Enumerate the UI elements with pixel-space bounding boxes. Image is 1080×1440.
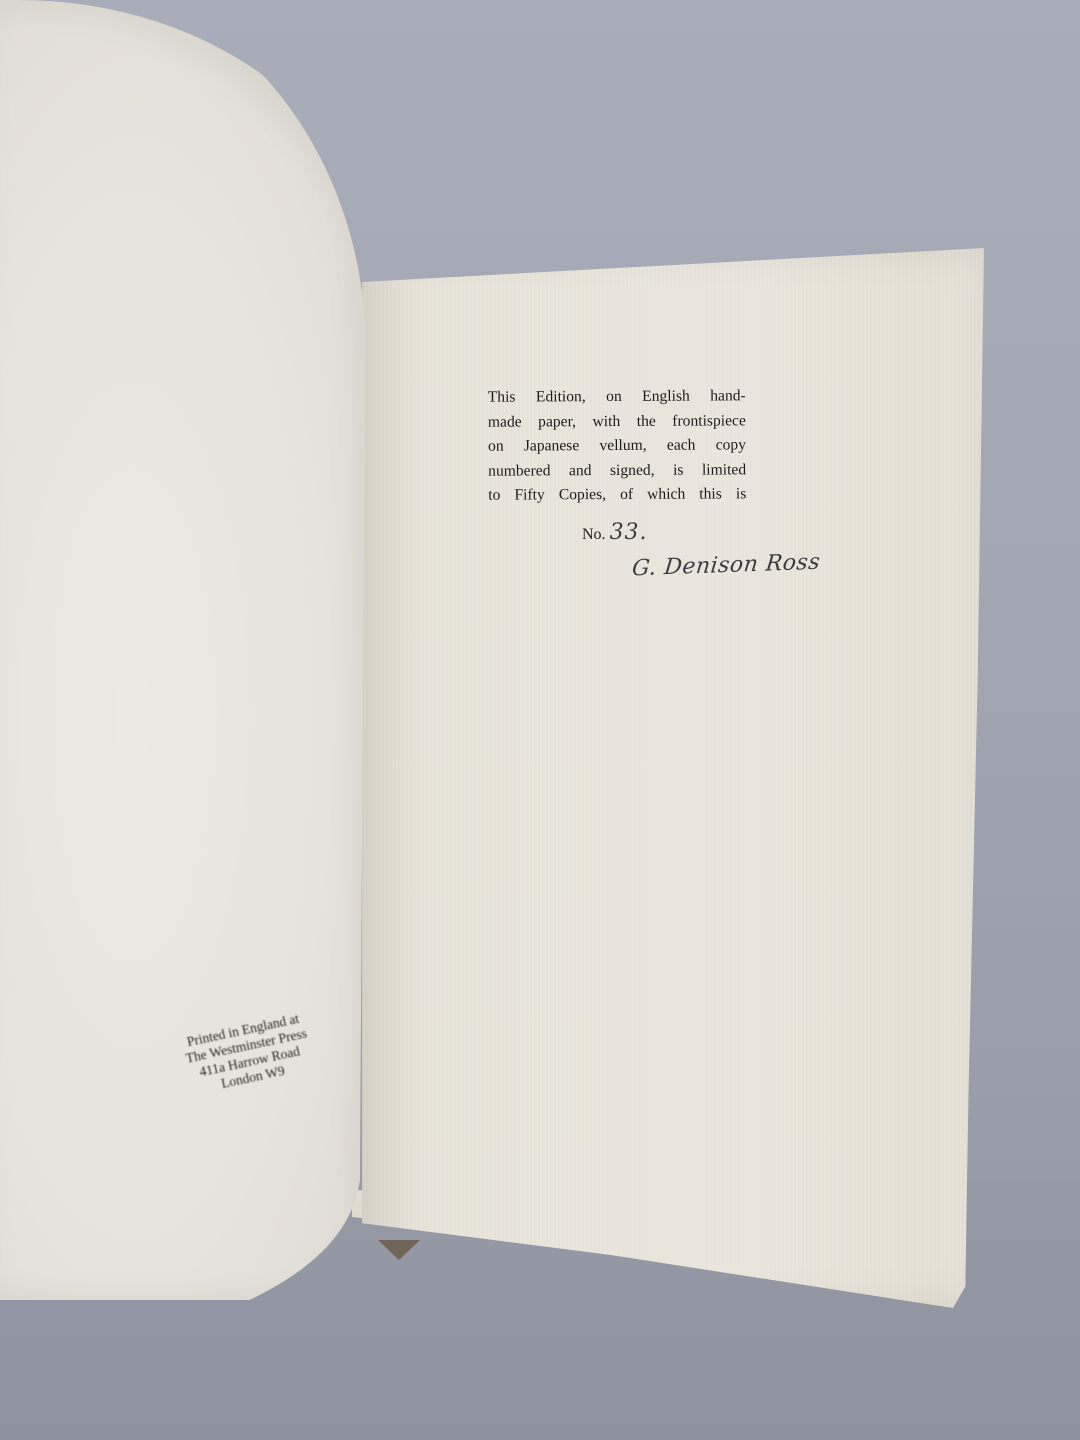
photo-scene: This Edition, on English hand- made pape… <box>0 0 1080 1440</box>
board-corner <box>378 1240 420 1260</box>
copy-number-value: 33. <box>610 520 648 545</box>
left-page <box>0 0 380 1300</box>
limitation-line: numbered and signed, is limited <box>488 458 746 484</box>
bleed-through-text <box>82 205 126 282</box>
limitation-line: on Japanese vellum, each copy <box>488 433 746 459</box>
copy-number-label: No. <box>582 526 606 543</box>
limitation-line: to Fifty Copies, of which this is <box>488 482 746 508</box>
copy-number: No.33. <box>582 520 648 545</box>
limitation-line: made paper, with the frontispiece <box>488 409 746 435</box>
limitation-statement: This Edition, on English hand- made pape… <box>488 384 747 508</box>
limitation-line: This Edition, on English hand- <box>488 384 746 410</box>
